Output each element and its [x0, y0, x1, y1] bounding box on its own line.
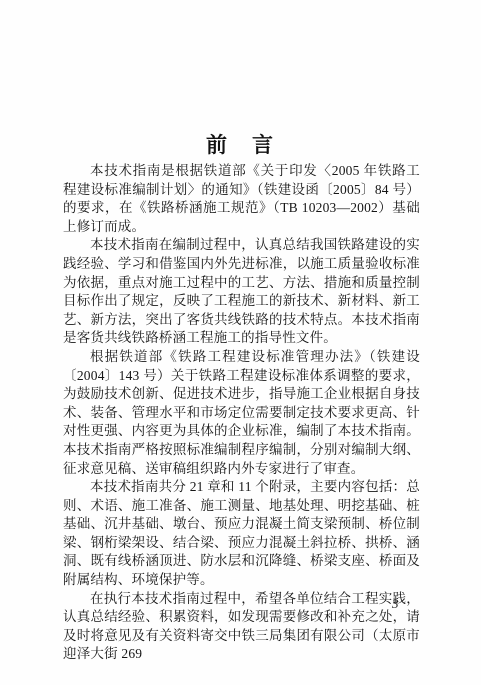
page-number: 3 — [392, 596, 399, 612]
document-page: 前 言 本技术指南是根据铁道部《关于印发〈2005 年铁路工程建设标准编制计划〉… — [0, 0, 481, 685]
paragraph: 本技术指南共分 21 章和 11 个附录，主要内容包括：总则、术语、施工准备、施… — [63, 478, 420, 590]
body-text: 本技术指南是根据铁道部《关于印发〈2005 年铁路工程建设标准编制计划〉的通知》… — [63, 162, 420, 664]
paragraph: 本技术指南是根据铁道部《关于印发〈2005 年铁路工程建设标准编制计划〉的通知》… — [63, 162, 420, 236]
paragraph: 在执行本技术指南过程中，希望各单位结合工程实践，认真总结经验、积累资料，如发现需… — [63, 590, 420, 664]
paragraph: 本技术指南在编制过程中，认真总结我国铁路建设的实践经验、学习和借鉴国内外先进标准… — [63, 236, 420, 348]
page-title: 前 言 — [0, 129, 481, 159]
paragraph: 根据铁道部《铁路工程建设标准管理办法》（铁建设〔2004〕143 号）关于铁路工… — [63, 348, 420, 478]
